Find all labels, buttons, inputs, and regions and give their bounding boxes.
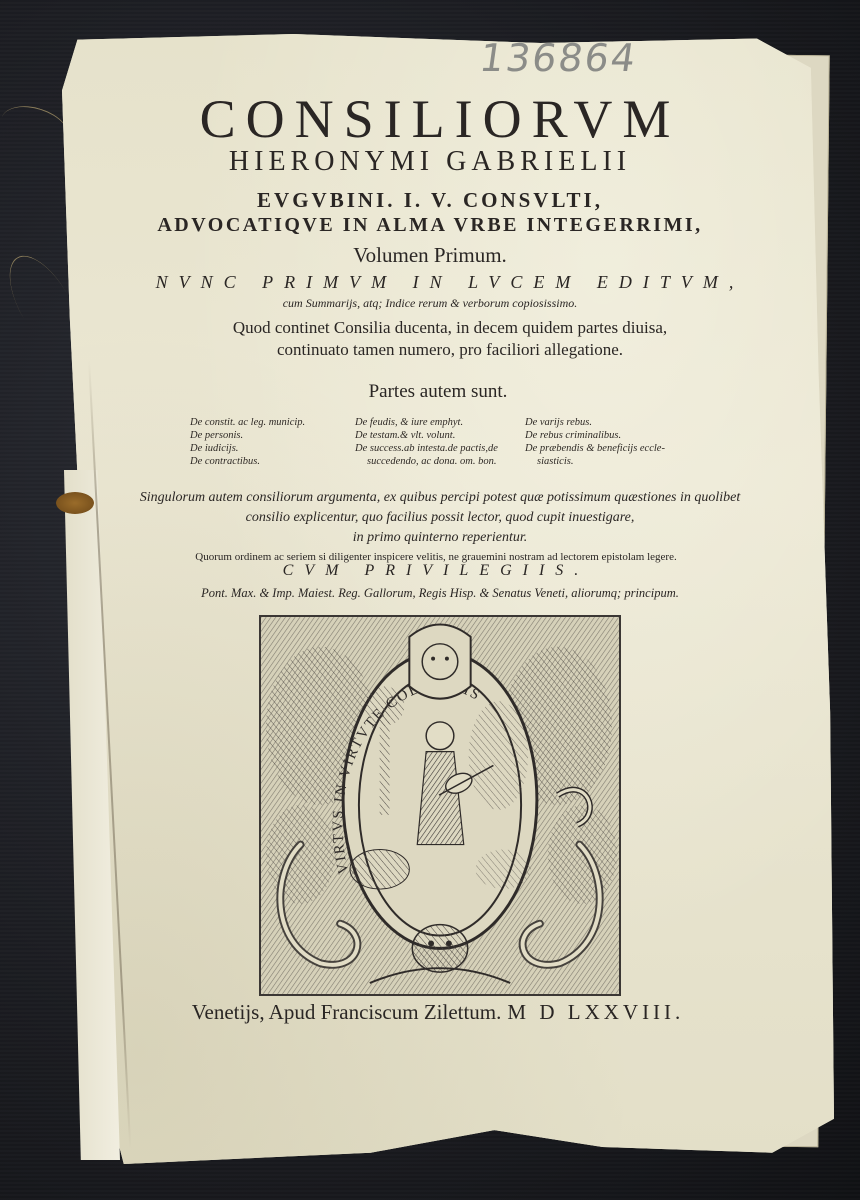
contents-description: Quod continet Consilia ducenta, in decem… xyxy=(220,317,680,361)
printers-device-woodcut: VIRTVS IN VIRTVTE COELESTIS xyxy=(259,615,621,996)
parts-heading: Partes autem sunt. xyxy=(8,381,860,403)
part-item: De testam.& vlt. volunt. xyxy=(355,429,498,442)
edition-subline: cum Summarijs, atq; Indice rerum & verbo… xyxy=(0,296,860,311)
author-origin: EVGVBINI. I. V. CONSVLTI, xyxy=(0,188,860,213)
parts-column: De feudis, & iure emphyt. De testam.& vl… xyxy=(355,416,498,468)
book-title: CONSILIORVM xyxy=(10,88,860,150)
part-item: De præbendis & beneficijs eccle- xyxy=(525,442,665,455)
volume-label: Volumen Primum. xyxy=(0,243,860,268)
imprint-year: M D LXXVIII. xyxy=(507,1000,684,1024)
part-item: succedendo, ac dona. om. bon. xyxy=(355,455,498,468)
part-item: De personis. xyxy=(190,429,305,442)
part-item: De feudis, & iure emphyt. xyxy=(355,416,498,429)
part-item: De varijs rebus. xyxy=(525,416,665,429)
privilege-line: Pont. Max. & Imp. Maiest. Reg. Gallorum,… xyxy=(10,586,860,601)
part-item: De rebus criminalibus. xyxy=(525,429,665,442)
imprint-publisher: Venetijs, Apud Franciscum Zilettum. xyxy=(192,1000,502,1024)
edition-line: NVNC PRIMVM IN LVCEM EDITVM, xyxy=(20,272,860,293)
arguments-paragraph: Singulorum autem consiliorum argumenta, … xyxy=(40,488,840,548)
imprint-line: Venetijs, Apud Franciscum Zilettum.M D L… xyxy=(8,1000,860,1025)
part-item: siasticis. xyxy=(525,455,665,468)
author-title: ADVOCATIQVE IN ALMA VRBE INTEGERRIMI, xyxy=(0,214,860,237)
part-item: De contractibus. xyxy=(190,455,305,468)
privilege-heading: CVM PRIVILEGIIS. xyxy=(6,562,860,580)
author-name: HIERONYMI GABRIELII xyxy=(0,146,860,178)
arguments-line: Singulorum autem consiliorum argumenta, … xyxy=(40,488,840,508)
part-item: De constit. ac leg. municip. xyxy=(190,416,305,429)
woodcut-illustration: VIRTVS IN VIRTVTE COELESTIS xyxy=(261,617,619,994)
parts-column: De constit. ac leg. municip. De personis… xyxy=(190,416,305,468)
pencil-shelfmark: 136864 xyxy=(477,36,640,80)
arguments-line: in primo quinterno reperientur. xyxy=(40,528,840,548)
part-item: De iudicijs. xyxy=(190,442,305,455)
part-item: De success.ab intesta.de pactis,de xyxy=(355,442,498,455)
arguments-line: consilio explicentur, quo facilius possi… xyxy=(40,508,840,528)
parts-column: De varijs rebus. De rebus criminalibus. … xyxy=(525,416,665,468)
